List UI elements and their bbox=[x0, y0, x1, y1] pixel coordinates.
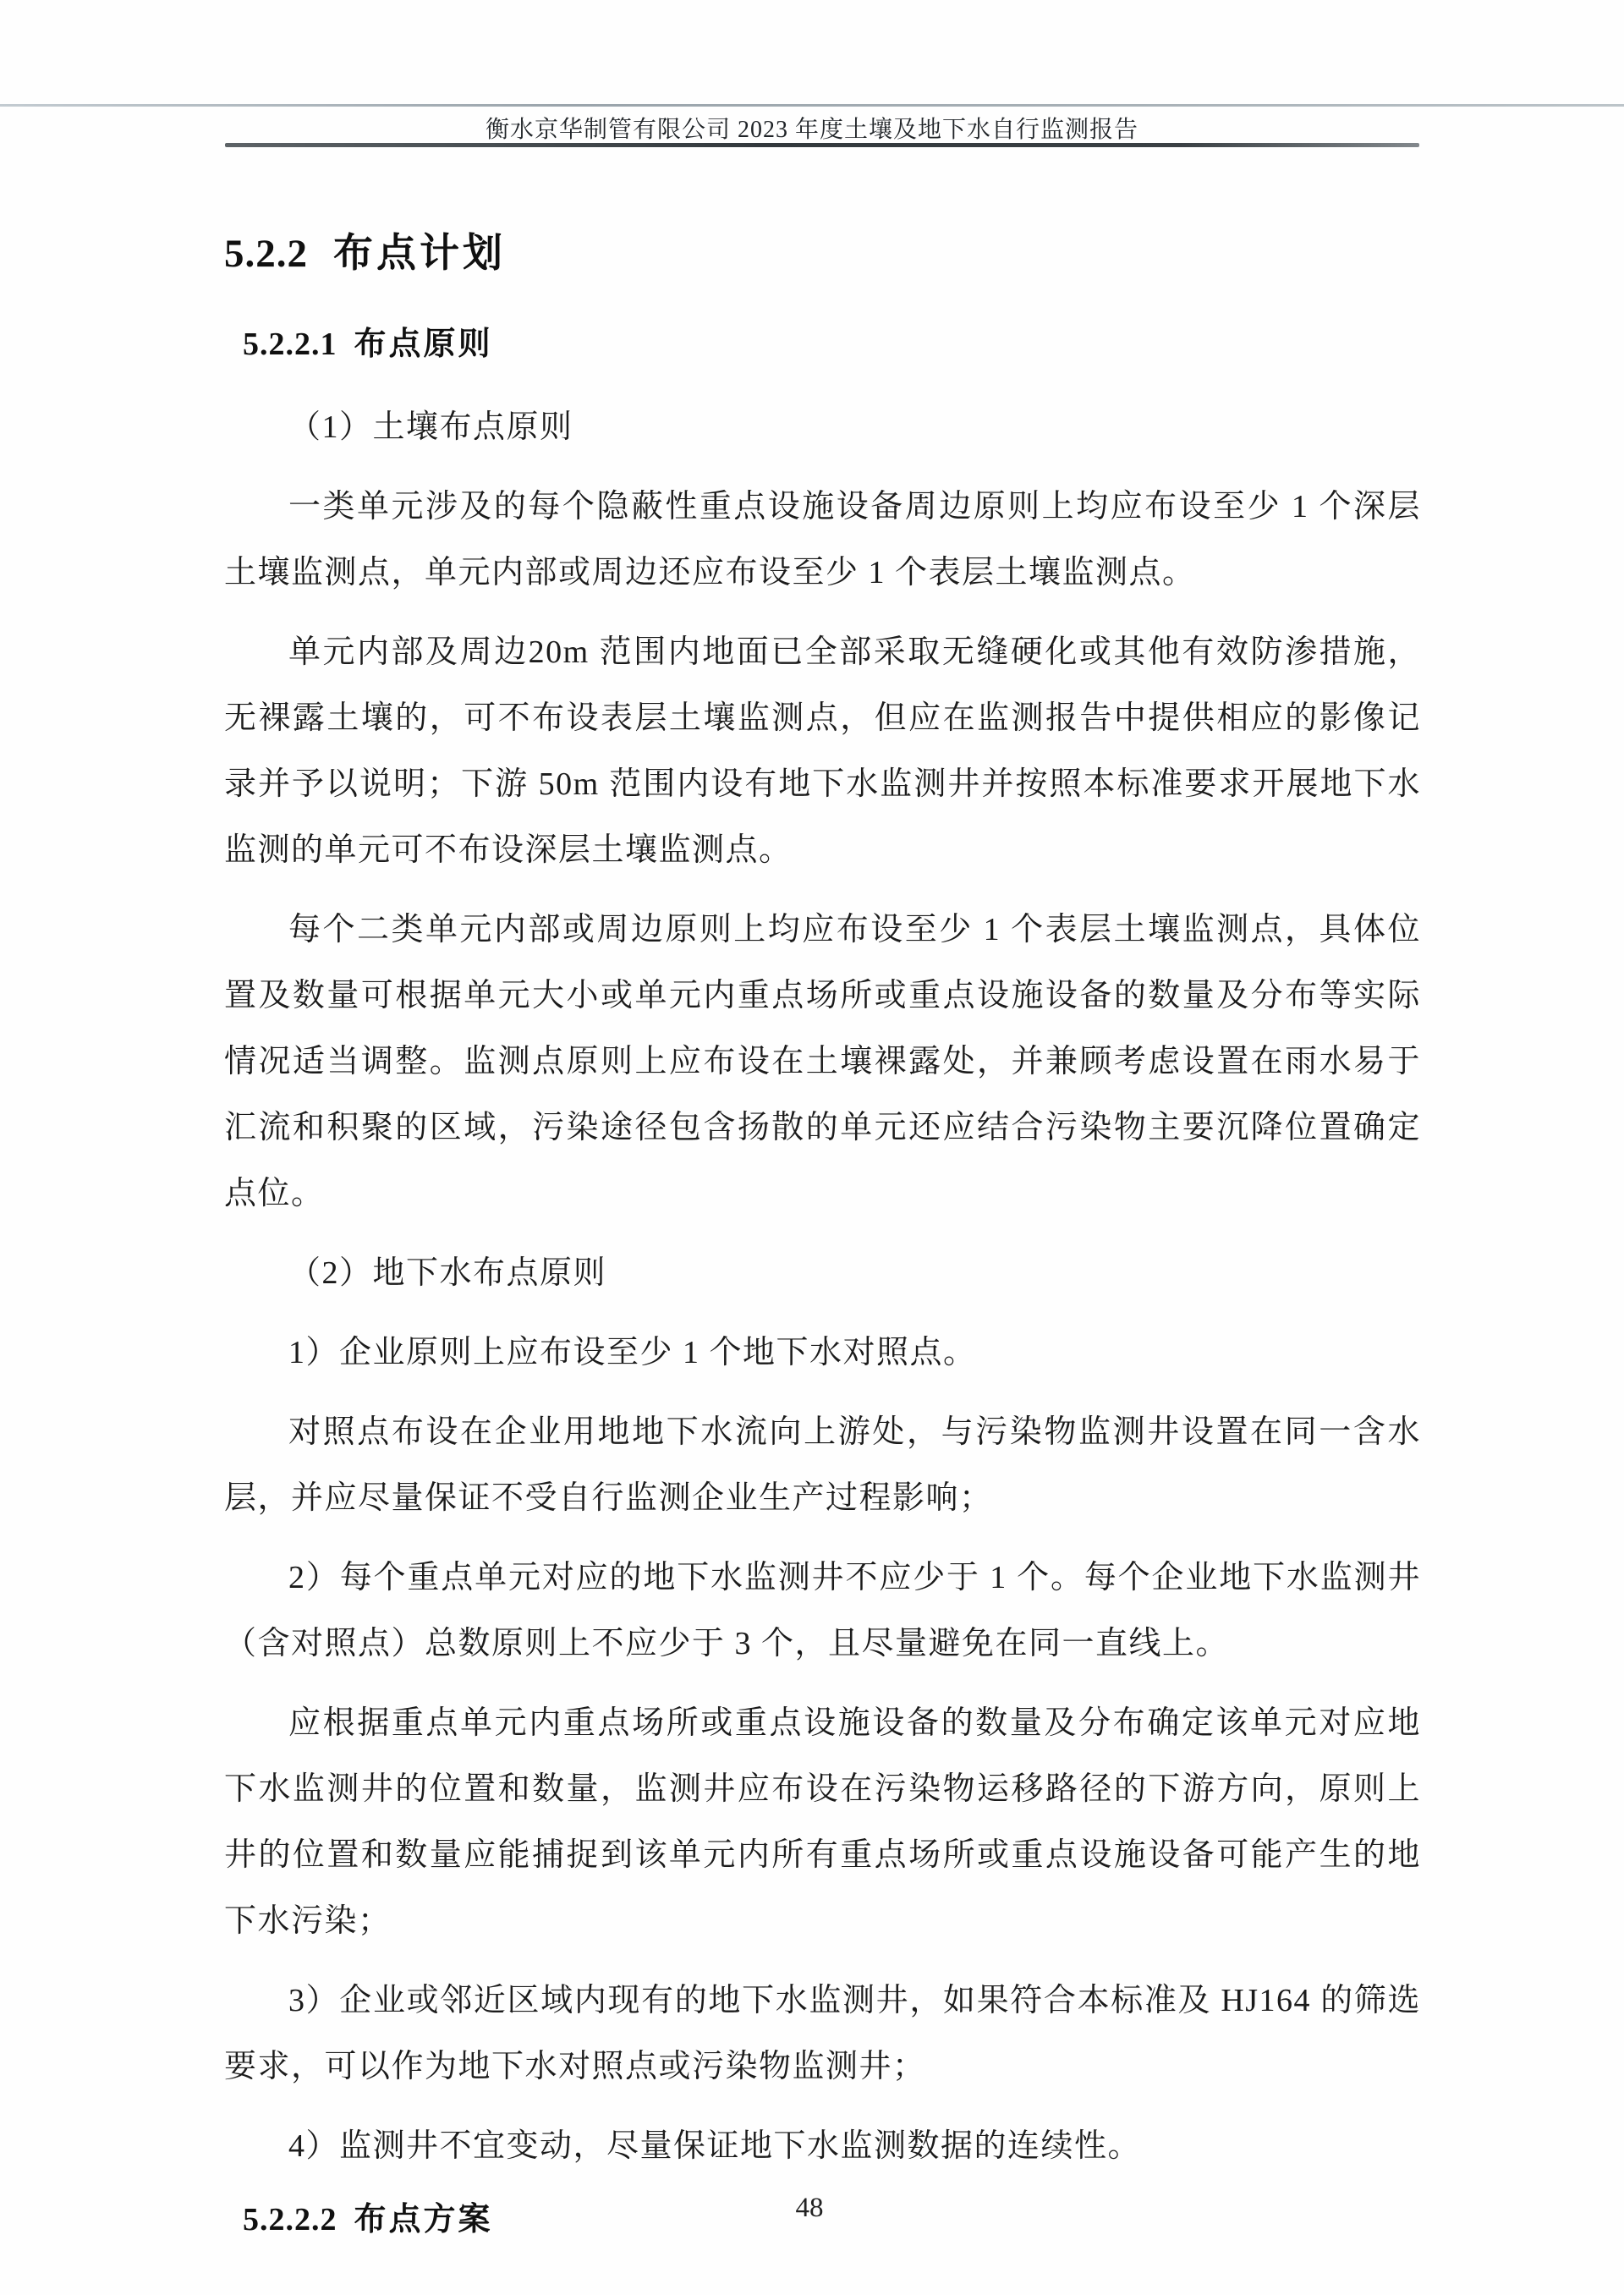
header-top-rule bbox=[0, 104, 1624, 107]
header-bottom-rule bbox=[225, 143, 1419, 147]
list-item-3: 3）企业或邻近区域内现有的地下水监测井，如果符合本标准及 HJ164 的筛选要求… bbox=[224, 1968, 1421, 2100]
running-header-title: 衡水京华制管有限公司 2023 年度土壤及地下水自行监测报告 bbox=[0, 111, 1624, 145]
paragraph: 单元内部及周边20m 范围内地面已全部采取无缝硬化或其他有效防渗措施，无裸露土壤… bbox=[224, 619, 1421, 883]
section-number: 5.2.2 bbox=[224, 232, 308, 276]
list-item-1: 1）企业原则上应布设至少 1 个地下水对照点。 bbox=[224, 1320, 1421, 1386]
list-item-4: 4）监测井不宜变动，尽量保证地下水监测数据的连续性。 bbox=[224, 2113, 1421, 2179]
section-title: 布点原则 bbox=[354, 327, 493, 362]
paragraph: 对照点布设在企业用地地下水流向上游处，与污染物监测井设置在同一含水层，并应尽量保… bbox=[224, 1399, 1421, 1531]
page-number: 48 bbox=[0, 2193, 1619, 2224]
subheading-groundwater-principles: （2）地下水布点原则 bbox=[224, 1240, 1421, 1306]
document-page: 衡水京华制管有限公司 2023 年度土壤及地下水自行监测报告 5.2.2布点计划… bbox=[0, 0, 1624, 2295]
list-item-2: 2）每个重点单元对应的地下水监测井不应少于 1 个。每个企业地下水监测井（含对照… bbox=[224, 1545, 1421, 1677]
paragraph: 一类单元涉及的每个隐蔽性重点设施设备周边原则上均应布设至少 1 个深层土壤监测点… bbox=[224, 474, 1421, 606]
subheading-soil-principles: （1）土壤布点原则 bbox=[224, 394, 1421, 460]
page-content: 5.2.2布点计划 5.2.2.1布点原则 （1）土壤布点原则 一类单元涉及的每… bbox=[224, 222, 1421, 2239]
paragraph: 每个二类单元内部或周边原则上均应布设至少 1 个表层土壤监测点，具体位置及数量可… bbox=[224, 897, 1421, 1227]
section-number: 5.2.2.1 bbox=[243, 327, 337, 362]
section-heading-5-2-2-1: 5.2.2.1布点原则 bbox=[243, 317, 1421, 364]
section-title: 布点计划 bbox=[333, 232, 506, 276]
paragraph: 应根据重点单元内重点场所或重点设施设备的数量及分布确定该单元对应地下水监测井的位… bbox=[224, 1690, 1421, 1954]
section-heading-5-2-2: 5.2.2布点计划 bbox=[224, 222, 1421, 278]
